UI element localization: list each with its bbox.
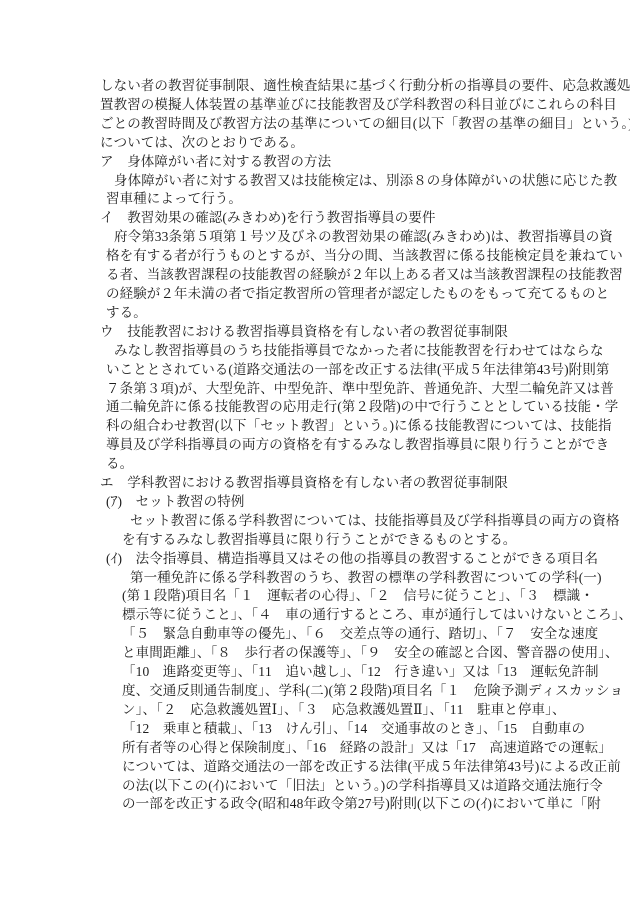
text-line: については、道路交通法の一部を改正する法律(平成５年法律第43号)による改正前	[100, 758, 560, 777]
text-line: 度、交通反則通告制度」、学科(二)(第２段階)項目名「１ 危険予測ディスカッショ	[100, 682, 560, 701]
text-line: 所有者等の心得と保険制度」、「16 経路の設計」又は「17 高速道路での運転」	[100, 739, 560, 758]
text-line: 「12 乗車と積載」、「13 けん引」、「14 交通事故のとき」、「15 自動車…	[100, 720, 560, 739]
document-page: しない者の教習従事制限、適性検査結果に基づく行動分析の指導員の要件、応急救護処置…	[0, 0, 630, 903]
text-line: 通二輪免許に係る技能教習の応用走行(第２段階)の中で行うこととしている技能・学	[100, 398, 560, 417]
text-line: 導員及び学科指導員の両方の資格を有するみなし教習指導員に限り行うことができ	[100, 436, 560, 455]
text-line: 第一種免許に係る学科教習のうち、教習の標準の学科教習についての学科(一)	[100, 569, 560, 588]
text-line: 置教習の模擬人体装置の基準並びに技能教習及び学科教習の科目並びにこれらの科目	[100, 96, 560, 115]
text-line: セット教習に係る学科教習については、技能指導員及び学科指導員の両方の資格	[100, 512, 560, 531]
text-line: 格を有する者が行うものとするが、当分の間、当該教習に係る技能検定員を兼ねてい	[100, 247, 560, 266]
text-line: ごとの教習時間及び教習方法の基準についての細目(以下「教習の基準の細目」という。…	[100, 115, 560, 134]
text-line: ウ 技能教習における教習指導員資格を有しない者の教習従事制限	[100, 323, 560, 342]
text-line: の法(以下この(ｲ)において「旧法」という。)の学科指導員又は道路交通法施行令	[100, 777, 560, 796]
text-line: ア 身体障がい者に対する教習の方法	[100, 153, 560, 172]
text-line: の経験が２年未満の者で指定教習所の管理者が認定したものをもって充てるものと	[100, 285, 560, 304]
text-line: 「５ 緊急自動車等の優先」、「６ 交差点等の通行、踏切」、「７ 安全な速度	[100, 625, 560, 644]
text-line: (ｱ) セット教習の特例	[100, 493, 560, 512]
text-line: ７条第３項)が、大型免許、中型免許、準中型免許、普通免許、大型二輪免許又は普	[100, 380, 560, 399]
text-line: る。	[100, 455, 560, 474]
text-line: については、次のとおりである。	[100, 134, 560, 153]
document-text-block: しない者の教習従事制限、適性検査結果に基づく行動分析の指導員の要件、応急救護処置…	[100, 77, 560, 814]
text-line: 標示等に従うこと」、「４ 車の通行するところ、車が通行してはいけないところ」、	[100, 606, 560, 625]
text-line: と車間距離」、「８ 歩行者の保護等」、「９ 安全の確認と合図、警音器の使用」、	[100, 644, 560, 663]
text-line: の一部を改正する政令(昭和48年政令第27号)附則(以下この(ｲ)において単に「…	[100, 795, 560, 814]
text-line: いこととされている(道路交通法の一部を改正する法律(平成５年法律第43号)附則第	[100, 361, 560, 380]
text-line: 府令第33条第５項第１号ツ及びネの教習効果の確認(みきわめ)は、教習指導員の資	[100, 228, 560, 247]
text-line: ン」、「２ 応急救護処置Ⅰ」、「３ 応急救護処置Ⅱ」、「11 駐車と停車」、	[100, 701, 560, 720]
text-line: 「10 進路変更等」、「11 追い越し」、「12 行き違い」又は「13 運転免許…	[100, 663, 560, 682]
text-line: を有するみなし教習指導員に限り行うことができるものとする。	[100, 531, 560, 550]
text-line: イ 教習効果の確認(みきわめ)を行う教習指導員の要件	[100, 209, 560, 228]
text-line: 身体障がい者に対する教習又は技能検定は、別添８の身体障がいの状態に応じた教	[100, 172, 560, 191]
text-line: る者、当該教習課程の技能教習の経験が２年以上ある者又は当該教習課程の技能教習	[100, 266, 560, 285]
text-line: しない者の教習従事制限、適性検査結果に基づく行動分析の指導員の要件、応急救護処	[100, 77, 560, 96]
text-line: する。	[100, 304, 560, 323]
text-line: (ｲ) 法令指導員、構造指導員又はその他の指導員の教習することができる項目名	[100, 550, 560, 569]
text-line: (第１段階)項目名「１ 運転者の心得」、「２ 信号に従うこと」、「３ 標識・	[100, 587, 560, 606]
text-line: 科の組合わせ教習(以下「セット教習」という。)に係る技能教習については、技能指	[100, 417, 560, 436]
text-line: 習車種によって行う。	[100, 190, 560, 209]
text-line: エ 学科教習における教習指導員資格を有しない者の教習従事制限	[100, 474, 560, 493]
text-line: みなし教習指導員のうち技能指導員でなかった者に技能教習を行わせてはならな	[100, 342, 560, 361]
